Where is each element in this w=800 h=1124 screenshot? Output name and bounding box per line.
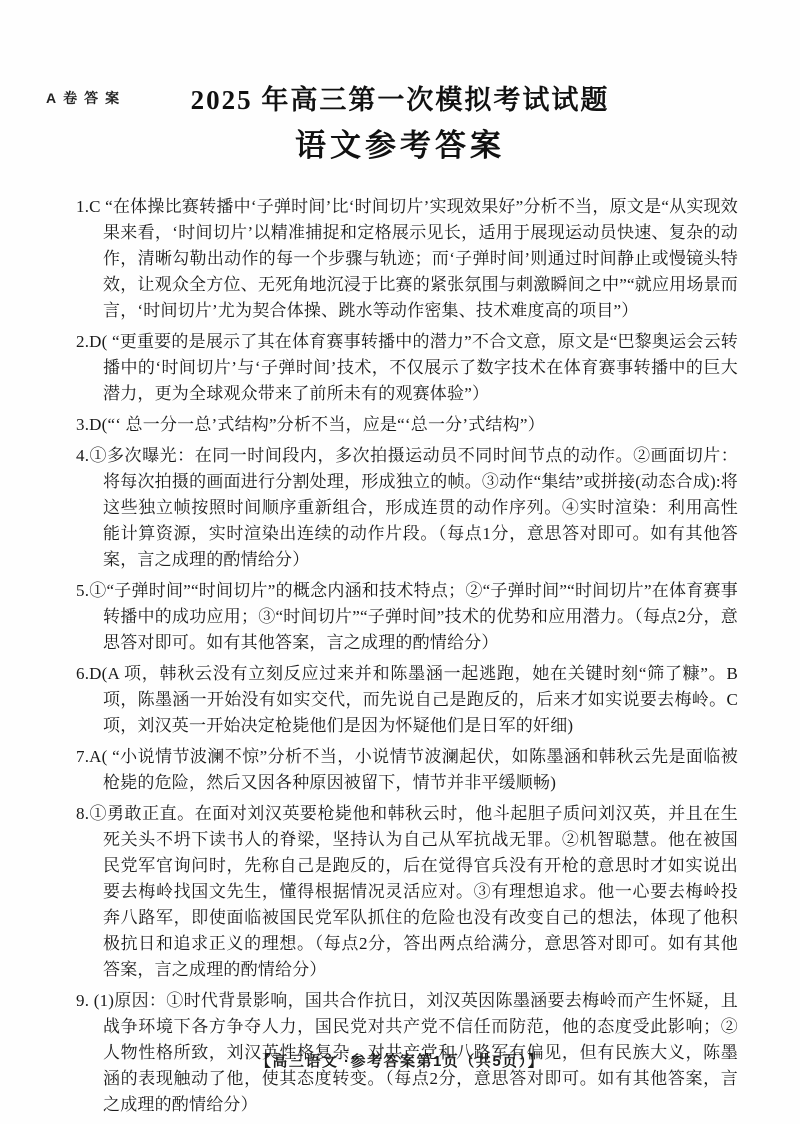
answer-item: 1.C “在体操比赛转播中‘子弹时间’比‘时间切片’实现效果好”分析不当，原文是…	[76, 194, 738, 324]
answer-item: 5.①“子弹时间”“时间切片”的概念内涵和技术特点；②“子弹时间”“时间切片”在…	[76, 578, 738, 656]
answers-list: 1.C “在体操比赛转播中‘子弹时间’比‘时间切片’实现效果好”分析不当，原文是…	[76, 194, 738, 1118]
page-header: 2025 年高三第一次模拟考试试题 语文参考答案	[0, 0, 800, 166]
answer-item: 3.D(“‘ 总一分一总’式结构”分析不当，应是“‘总一分’式结构”）	[76, 412, 738, 438]
page-footer-bar: 【高三语文 ·参考答案第1页（共5页）】	[0, 1050, 800, 1071]
exam-version-label: A卷答案	[46, 88, 126, 108]
page-footer: 【高三语文 ·参考答案第1页（共5页）】	[256, 1053, 544, 1070]
answer-item: 7.A( “小说情节波澜不惊”分析不当，小说情节波澜起伏，如陈墨涵和韩秋云先是面…	[76, 744, 738, 796]
answer-item: 8.①勇敢正直。在面对刘汉英要枪毙他和韩秋云时，他斗起胆子质问刘汉英，并且在生死…	[76, 801, 738, 983]
answer-item: 2.D( “更重要的是展示了其在体育赛事转播中的潜力”不合文意，原文是“巴黎奥运…	[76, 329, 738, 407]
answer-key-page: A卷答案 2025 年高三第一次模拟考试试题 语文参考答案 1.C “在体操比赛…	[0, 0, 800, 1124]
answer-key-title: 语文参考答案	[0, 126, 800, 166]
answer-item: 6.D(A 项，韩秋云没有立刻反应过来并和陈墨涵一起逃跑，她在关键时刻“筛了糠”…	[76, 661, 738, 739]
answer-item: 4.①多次曝光：在同一时间段内，多次拍摄运动员不同时间节点的动作。②画面切片：将…	[76, 443, 738, 573]
